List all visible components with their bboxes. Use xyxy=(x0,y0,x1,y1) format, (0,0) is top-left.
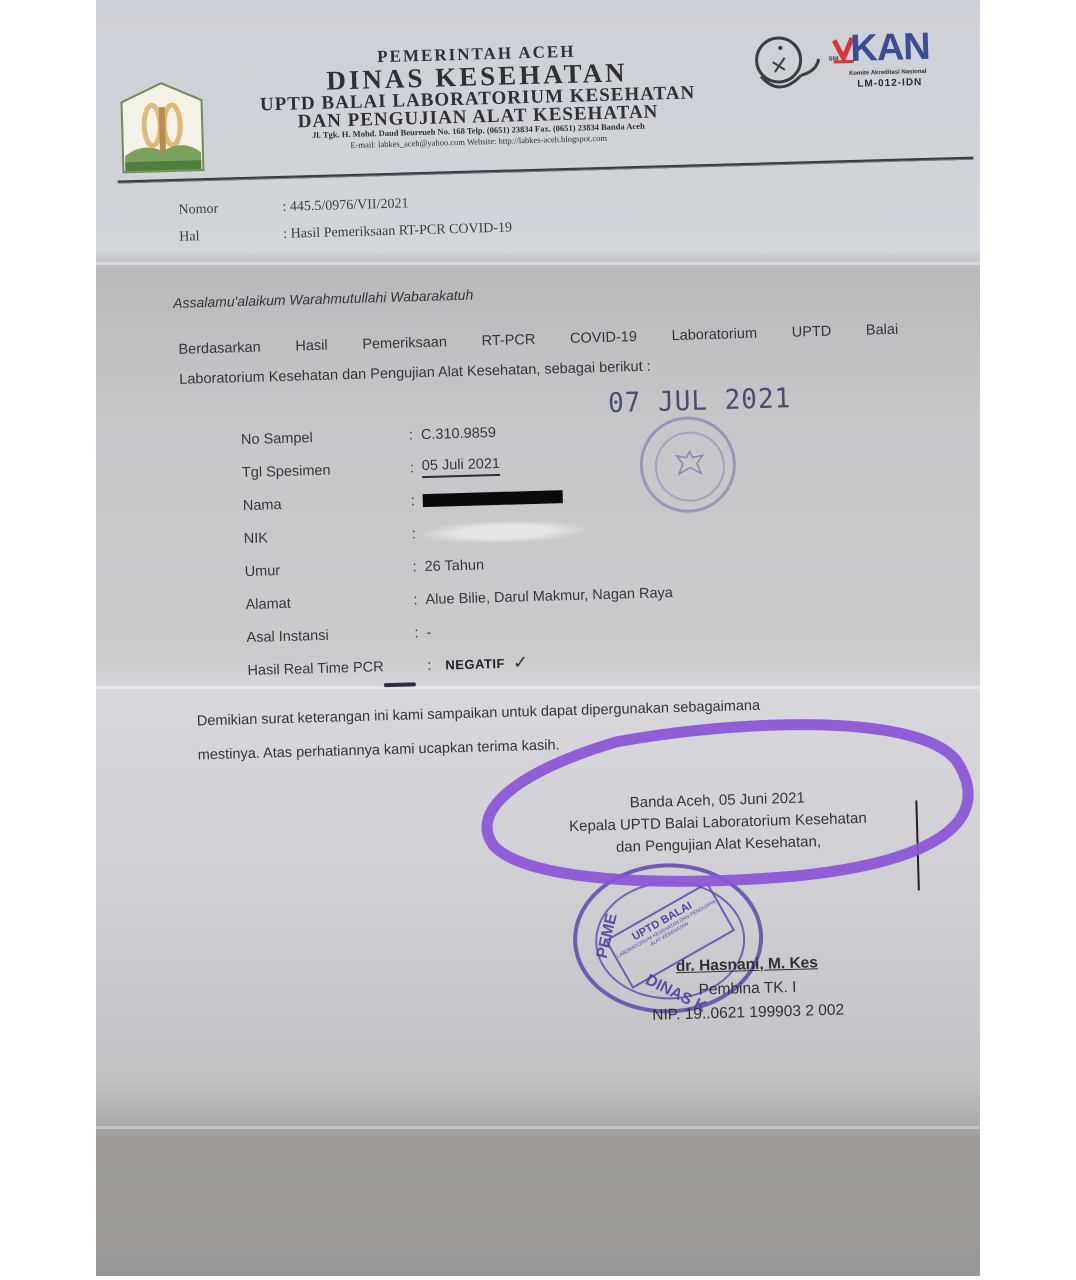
field-label: Umur xyxy=(244,559,412,580)
patient-fields: No Sampel : C.310.9859 Tgl Spesimen : 05… xyxy=(241,411,676,687)
checkmark-icon: ✓ xyxy=(513,652,529,673)
blurred-value xyxy=(423,518,584,544)
intro-paragraph: Berdasarkan Hasil Pemeriksaan RT-PCR COV… xyxy=(178,315,899,395)
letter-meta: Nomor : 445.5/0976/VII/2021 Hal : Hasil … xyxy=(178,188,512,251)
field-value: 05 Juli 2021 xyxy=(422,455,501,477)
field-value: Alue Bilie, Darul Makmur, Nagan Raya xyxy=(425,585,673,608)
field-label: NIK xyxy=(244,526,412,547)
kan-logo: KAN xyxy=(850,26,930,71)
signer-nip: NIP. 19..0621 199903 2 002 xyxy=(633,998,864,1028)
aceh-emblem-icon xyxy=(117,80,208,176)
hal-value: : Hasil Pemeriksaan RT-PCR COVID-19 xyxy=(283,220,512,242)
letterhead: PEMERINTAH ACEH DINAS KESEHATAN UPTD BAL… xyxy=(196,37,759,156)
document-photo: PEMERINTAH ACEH DINAS KESEHATAN UPTD BAL… xyxy=(96,0,980,1276)
kan-subtitle: Komite Akreditasi Nasional xyxy=(849,69,927,77)
field-label: Asal Instansi xyxy=(246,625,414,646)
field-label: No Sampel xyxy=(241,427,409,448)
garuda-icon xyxy=(672,447,707,482)
field-label: Hasil Real Time PCR xyxy=(247,658,427,679)
field-value: - xyxy=(426,624,431,640)
greeting: Assalamu'alaikum Warahmutullahi Wabaraka… xyxy=(173,287,474,311)
field-label: Tgl Spesimen xyxy=(242,460,410,481)
field-label: Alamat xyxy=(245,592,413,613)
pen-mark xyxy=(384,682,416,687)
field-value: C.310.9859 xyxy=(421,425,496,443)
closing-paragraph: Demikian surat keterangan ini kami sampa… xyxy=(196,684,918,772)
nomor-label: Nomor xyxy=(178,199,282,218)
field-label: Nama xyxy=(243,493,411,514)
sni-logo-icon xyxy=(746,31,828,99)
field-value: 26 Tahun xyxy=(424,557,484,575)
signer: dr. Hasnani, M. Kes Pembina TK. I NIP. 1… xyxy=(632,950,864,1028)
handwritten-signature-stroke xyxy=(915,800,920,890)
kan-accreditation-id: LM-012-IDN xyxy=(857,77,922,90)
signature-block: Banda Aceh, 05 Juni 2021 Kepala UPTD Bal… xyxy=(537,785,899,861)
letter-sheet: PEMERINTAH ACEH DINAS KESEHATAN UPTD BAL… xyxy=(96,0,980,1276)
pcr-result: NEGATIF xyxy=(445,656,505,673)
accreditation-logos: SNI KAN Komite Akreditasi Nasional LM-01… xyxy=(746,25,968,101)
hal-label: Hal xyxy=(179,226,283,245)
nomor-value: : 445.5/0976/VII/2021 xyxy=(282,196,408,216)
letterhead-divider xyxy=(118,157,974,184)
redaction-bar xyxy=(423,490,563,507)
